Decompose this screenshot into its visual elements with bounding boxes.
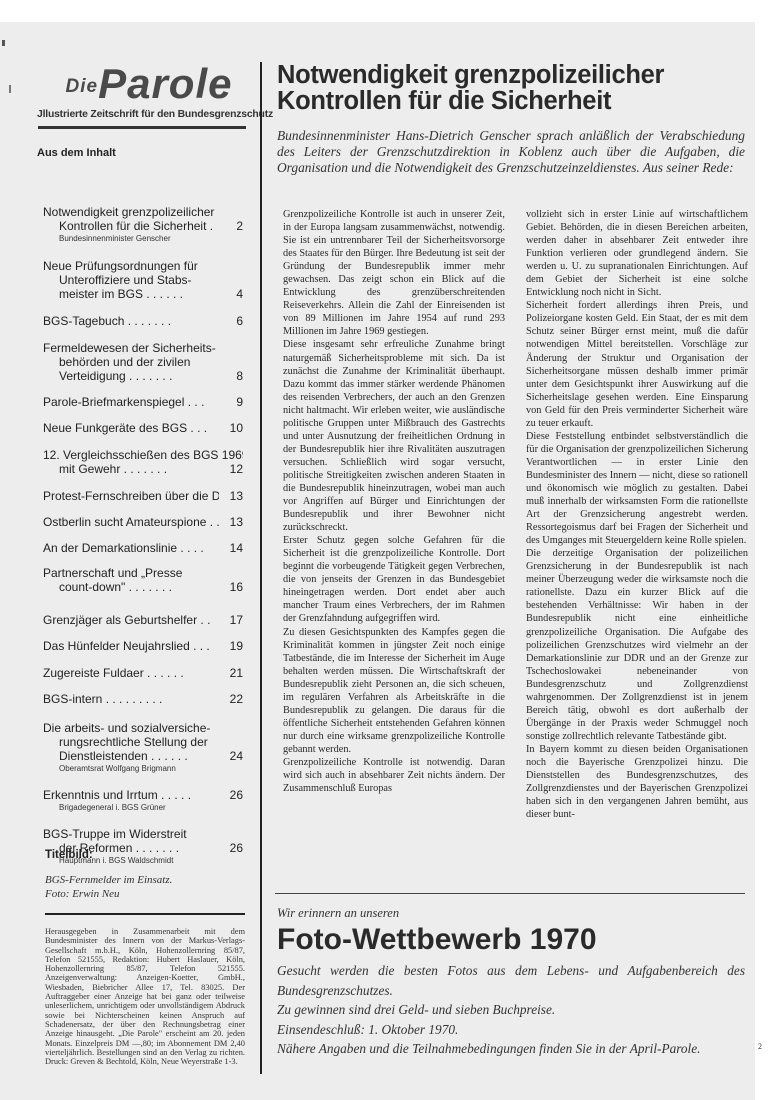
toc-item-title: Das Hünfelder Neujahrslied . . . <box>43 639 219 653</box>
article-paragraph: Grenzpolizeiliche Kontrolle ist notwendi… <box>283 756 505 795</box>
toc-item-title: Dienstleistenden . . . . . . <box>59 749 219 763</box>
toc-item-title: behörden und der zivilen <box>59 355 243 369</box>
toc-item: Neue Funkgeräte des BGS . . .10 <box>43 421 243 435</box>
imprint: Herausgegeben in Zusammenarbeit mit dem … <box>45 927 245 1066</box>
toc-item: Das Hünfelder Neujahrslied . . .19 <box>43 639 243 653</box>
toc-item-page: 9 <box>219 395 243 409</box>
toc-item-title: Die arbeits- und sozialversiche- <box>43 721 243 735</box>
toc-item-title: Notwendigkeit grenzpolizeilicher <box>43 205 243 219</box>
article-paragraph: Grenzpolizeiliche Kontrolle ist auch in … <box>283 208 505 338</box>
toc-item-page: 24 <box>219 749 243 763</box>
scan-mark <box>9 85 11 93</box>
article-paragraph: In Bayern kommt zu diesen beiden Organis… <box>526 743 748 821</box>
article-column-1: Grenzpolizeiliche Kontrolle ist auch in … <box>283 208 505 821</box>
cover-caption-heading: Titelbild: <box>45 849 250 861</box>
toc-item: Parole-Briefmarkenspiegel . . .9 <box>43 395 243 409</box>
logo-parole: Parole <box>98 60 232 107</box>
toc-item: Die arbeits- und sozialversiche-rungsrec… <box>43 721 243 775</box>
toc-item-title: Zugereiste Fuldaer . . . . . . <box>43 666 219 680</box>
page-number: 2 <box>758 1042 762 1051</box>
toc-item-title: mit Gewehr . . . . . . . <box>59 462 219 476</box>
toc-item: Partnerschaft und „Pressecount-down" . .… <box>43 566 243 594</box>
headline-line-2: Kontrollen für die Sicherheit <box>277 87 611 115</box>
tagline: Jllustrierte Zeitschrift für den Bundesg… <box>37 109 251 120</box>
toc-item-page: 22 <box>219 692 243 706</box>
toc-item: Neue Prüfungsordnungen fürUnteroffiziere… <box>43 259 243 301</box>
toc-item: BGS-Tagebuch . . . . . . .6 <box>43 314 243 328</box>
toc-item: Fermeldewesen der Sicherheits-behörden u… <box>43 341 243 383</box>
article-paragraph: Diese insgesamt sehr erfreuliche Zunahme… <box>283 338 505 534</box>
article-paragraph: Zu diesen Gesichtspunkten des Kampfes ge… <box>283 626 505 756</box>
cover-caption-text: BGS-Fernmelder im Einsatz. <box>45 873 250 887</box>
toc-item-title: rungsrechtliche Stellung der <box>59 735 243 749</box>
toc-item-author: Brigadegeneral i. BGS Grüner <box>43 802 243 814</box>
toc-item-title: count-down" . . . . . . . <box>59 580 219 594</box>
logo-die: Die <box>66 76 99 97</box>
toc-item: BGS-intern . . . . . . . . .22 <box>43 692 243 706</box>
toc-item-title: Unteroffiziere und Stabs- <box>59 273 243 287</box>
article-lede: Bundesinnenminister Hans-Dietrich Gensch… <box>277 128 745 175</box>
imprint-rule <box>45 913 245 915</box>
toc-item-page: 10 <box>219 421 243 435</box>
toc-item: An der Demarkationslinie . . . .14 <box>43 541 243 555</box>
toc-item: Notwendigkeit grenzpolizeilicherKontroll… <box>43 205 243 245</box>
column-divider <box>260 62 262 1074</box>
masthead: DieParole Jllustrierte Zeitschrift für d… <box>37 62 251 159</box>
article-paragraph: vollzieht sich in erster Linie auf wirts… <box>526 208 748 299</box>
cover-caption: Titelbild: BGS-Fernmelder im Einsatz. Fo… <box>45 849 250 901</box>
scan-mark <box>2 40 5 46</box>
toc-item-title: 12. Vergleichsschießen des BGS 1969 <box>43 448 243 462</box>
toc-item: 12. Vergleichsschießen des BGS 1969mit G… <box>43 448 243 476</box>
toc-item-page: 14 <box>219 541 243 555</box>
toc-item-title: meister im BGS . . . . . . <box>59 287 219 301</box>
toc-item-title: Partnerschaft und „Presse <box>43 566 243 580</box>
toc-item-page: 17 <box>219 613 243 627</box>
toc-item-title: Ostberlin sucht Amateurspione . . <box>43 515 219 529</box>
toc-item-page: 2 <box>219 219 243 233</box>
article-headline: Notwendigkeit grenzpolizeilicher Kontrol… <box>277 62 749 114</box>
toc-item-page: 13 <box>219 489 243 503</box>
toc-item-title: Verteidigung . . . . . . . <box>59 369 219 383</box>
toc-item: Ostberlin sucht Amateurspione . .13 <box>43 515 243 529</box>
contest-line-1: Gesucht werden die besten Fotos aus dem … <box>277 961 745 1000</box>
toc-item-page: 16 <box>219 580 243 594</box>
toc-item: Zugereiste Fuldaer . . . . . .21 <box>43 666 243 680</box>
toc-item-title: Neue Funkgeräte des BGS . . . <box>43 421 219 435</box>
toc-item-title: Protest-Fernschreiben über die DL <box>43 489 219 503</box>
section-rule <box>275 893 745 894</box>
toc-item-title: Grenzjäger als Geburtshelfer . . <box>43 613 219 627</box>
article-column-2: vollzieht sich in erster Linie auf wirts… <box>526 208 748 821</box>
toc-item-title: Kontrollen für die Sicherheit . <box>59 219 219 233</box>
toc-item-page: 13 <box>219 515 243 529</box>
article-header: Notwendigkeit grenzpolizeilicher Kontrol… <box>277 62 749 175</box>
contest-line-4: Nähere Angaben und die Teilnahmebedingun… <box>277 1039 745 1059</box>
article-paragraph: Diese Feststellung entbindet selbstverst… <box>526 430 748 547</box>
toc-item-page: 8 <box>219 369 243 383</box>
toc-heading: Aus dem Inhalt <box>37 147 251 159</box>
article-paragraph: Erster Schutz gegen solche Gefahren für … <box>283 534 505 625</box>
toc-item-title: BGS-Truppe im Widerstreit <box>43 827 243 841</box>
article-paragraph: Die derzeitige Organisation der polizeil… <box>526 547 748 743</box>
contest-title: Foto-Wettbewerb 1970 <box>277 923 749 957</box>
toc-item-title: An der Demarkationslinie . . . . <box>43 541 219 555</box>
toc-item-page: 12 <box>219 462 243 476</box>
toc-item-title: Erkenntnis und Irrtum . . . . . <box>43 788 219 802</box>
toc-item-title: Parole-Briefmarkenspiegel . . . <box>43 395 219 409</box>
logo: DieParole <box>47 62 251 106</box>
toc-item-page: 4 <box>219 287 243 301</box>
article-paragraph: Sicherheit fordert allerdings ihren Prei… <box>526 299 748 429</box>
toc-item: Protest-Fernschreiben über die DL13 <box>43 489 243 503</box>
contest-intro: Wir erinnern an unseren <box>277 906 749 921</box>
contest-line-3: Einsendeschluß: 1. Oktober 1970. <box>277 1020 745 1040</box>
toc-item: Erkenntnis und Irrtum . . . . .26Brigade… <box>43 788 243 814</box>
toc-item: Grenzjäger als Geburtshelfer . .17 <box>43 613 243 627</box>
article-body: Grenzpolizeiliche Kontrolle ist auch in … <box>283 208 748 821</box>
toc-item-page: 6 <box>219 314 243 328</box>
toc-item-title: Fermeldewesen der Sicherheits- <box>43 341 243 355</box>
toc-item-page: 26 <box>219 788 243 802</box>
headline-line-1: Notwendigkeit grenzpolizeilicher <box>277 61 664 89</box>
toc-item-author: Oberamtsrat Wolfgang Brigmann <box>43 763 243 775</box>
toc-item-page: 21 <box>219 666 243 680</box>
toc-item-title: BGS-Tagebuch . . . . . . . <box>43 314 219 328</box>
cover-photo-credit: Foto: Erwin Neu <box>45 887 250 901</box>
contest-line-2: Zu gewinnen sind drei Geld- und sieben B… <box>277 1000 745 1020</box>
photo-contest-notice: Wir erinnern an unseren Foto-Wettbewerb … <box>277 906 749 1059</box>
table-of-contents: Notwendigkeit grenzpolizeilicherKontroll… <box>43 205 243 867</box>
toc-item-title: Neue Prüfungsordnungen für <box>43 259 243 273</box>
toc-item-author: Bundesinnenminister Genscher <box>43 233 243 245</box>
toc-item-title: BGS-intern . . . . . . . . . <box>43 692 219 706</box>
toc-item-page: 19 <box>219 639 243 653</box>
masthead-rule <box>38 126 246 129</box>
